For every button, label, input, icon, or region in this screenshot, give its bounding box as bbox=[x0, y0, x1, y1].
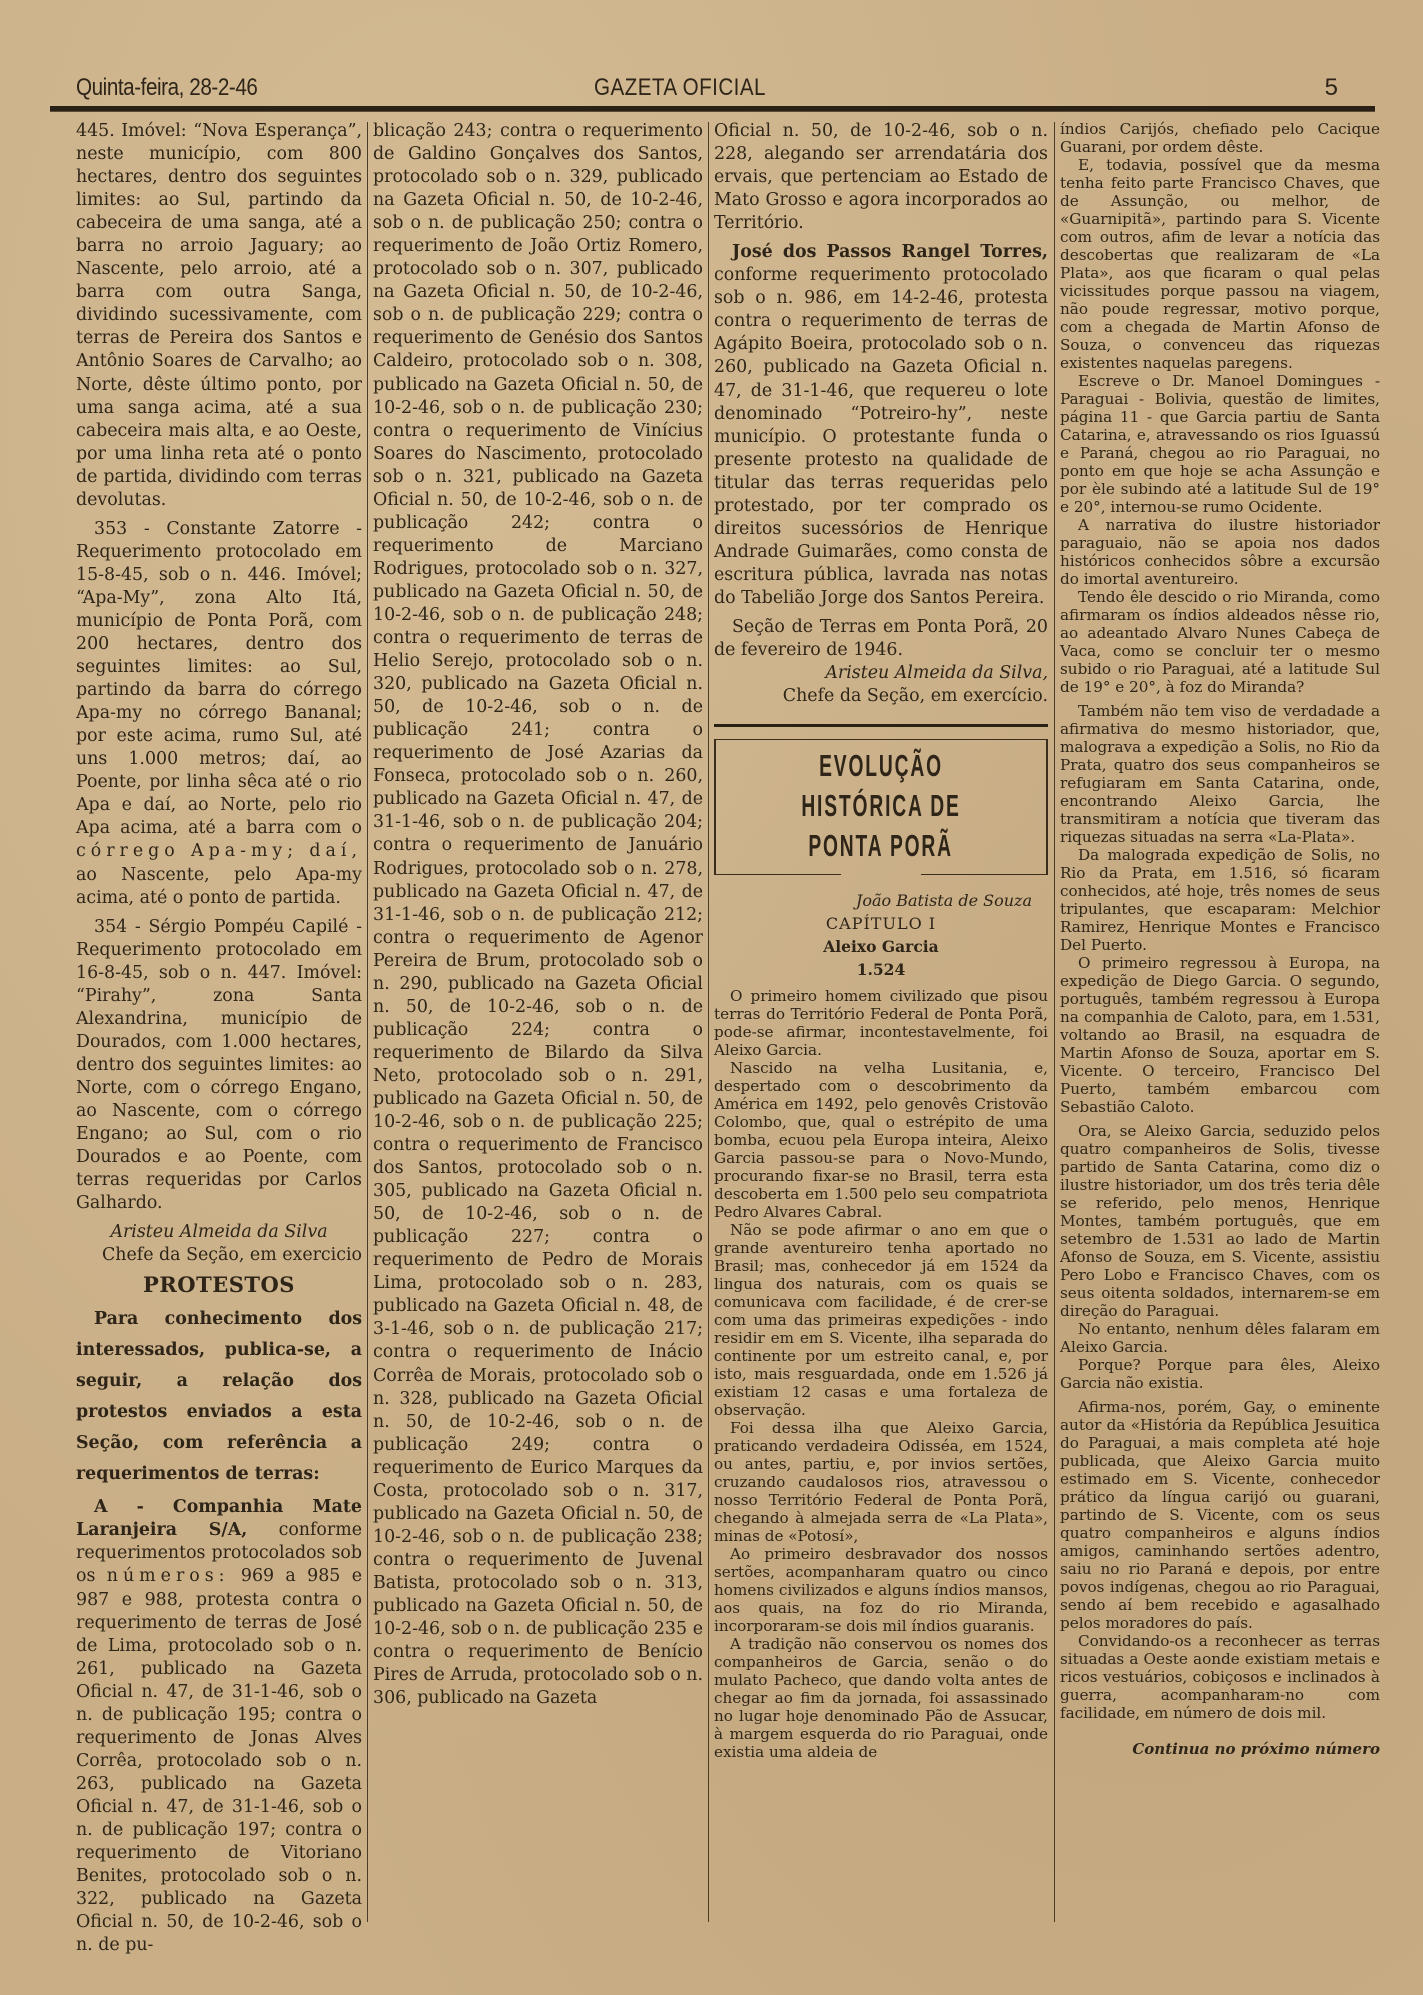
column-3: Oficial n. 50, de 10-2-46, sob o n. 228,… bbox=[714, 120, 1048, 1761]
page-number: 5 bbox=[1325, 74, 1338, 102]
article-body-part-1: O primeiro homem civilizado que pisou te… bbox=[714, 987, 1048, 1761]
article-paragraph: O primeiro homem civilizado que pisou te… bbox=[714, 987, 1048, 1059]
article-author: João Batista de Souza bbox=[714, 889, 1048, 912]
article-paragraph: Convidando-os a reconhecer as terras sit… bbox=[1060, 1632, 1380, 1722]
article-paragraph: No entanto, nenhum dêles falaram em Alei… bbox=[1060, 1320, 1380, 1356]
land-record-445: 445. Imóvel: “Nova Esperança”, neste mun… bbox=[76, 120, 362, 512]
masthead: Quinta-feira, 28-2-46 GAZETA OFICIAL 5 bbox=[76, 74, 1338, 106]
protest-rangel-torres: José dos Passos Rangel Torres, conforme … bbox=[714, 241, 1048, 610]
article-paragraph: Também não tem viso de verdadade a afirm… bbox=[1060, 702, 1380, 846]
article-paragraph: Tendo êle descido o rio Miranda, como af… bbox=[1060, 588, 1380, 696]
article-paragraph: A narrativa do ilustre historiador parag… bbox=[1060, 516, 1380, 588]
article-paragraph: E, todavia, possível que da mesma tenha … bbox=[1060, 156, 1380, 372]
article-paragraph: índios Carijós, chefiado pelo Cacique Gu… bbox=[1060, 120, 1380, 156]
column-2: blicação 243; contra o requerimento de G… bbox=[373, 120, 703, 1710]
section-divider bbox=[714, 724, 1048, 727]
article-paragraph: Foi dessa ilha que Aleixo Garcia, pratic… bbox=[714, 1419, 1048, 1545]
newspaper-title: GAZETA OFICIAL bbox=[594, 74, 766, 102]
article-paragraph: Afirma-nos, porém, Gay, o eminente autor… bbox=[1060, 1398, 1380, 1632]
masthead-rule bbox=[50, 106, 1375, 112]
article-paragraph: Nascido na velha Lusitania, e, despertad… bbox=[714, 1059, 1048, 1221]
column-divider bbox=[1054, 122, 1055, 1922]
signature-title: Chefe da Seção, em exercício. bbox=[714, 685, 1048, 708]
column-1: 445. Imóvel: “Nova Esperança”, neste mun… bbox=[76, 120, 362, 1957]
protestos-intro: Para conhecimento dos interessados, publ… bbox=[76, 1304, 362, 1490]
article-paragraph: Escreve o Dr. Manoel Domingues - Paragua… bbox=[1060, 372, 1380, 516]
issue-date: Quinta-feira, 28-2-46 bbox=[76, 74, 257, 102]
column-4: índios Carijós, chefiado pelo Cacique Gu… bbox=[1060, 120, 1380, 1758]
article-paragraph: Não se pode afirmar o ano em que o grand… bbox=[714, 1221, 1048, 1419]
article-paragraph: Da malograda expedição de Solis, no Rio … bbox=[1060, 846, 1380, 954]
column-divider bbox=[367, 122, 368, 1922]
article-paragraph: A tradição não conservou os nomes dos co… bbox=[714, 1635, 1048, 1761]
article-paragraph: Porque? Porque para êles, Aleixo Garcia … bbox=[1060, 1356, 1380, 1392]
place-date: Seção de Terras em Ponta Porã, 20 de fev… bbox=[714, 616, 1048, 662]
signature-title: Chefe da Seção, em exercicio bbox=[76, 1244, 362, 1267]
protest-list-continued: blicação 243; contra o requerimento de G… bbox=[373, 120, 703, 1710]
article-paragraph: O primeiro regressou à Europa, na expedi… bbox=[1060, 954, 1380, 1116]
protest-list-end: Oficial n. 50, de 10-2-46, sob o n. 228,… bbox=[714, 120, 1048, 235]
article-subtitle: Aleixo Garcia bbox=[714, 935, 1048, 958]
article-chapter: CAPÍTULO I bbox=[714, 912, 1048, 935]
signature-name: Aristeu Almeida da Silva bbox=[76, 1221, 362, 1244]
article-headline: EVOLUÇÃO HISTÓRICA DE PONTA PORÃ bbox=[714, 739, 1048, 874]
land-record-353: 353 - Constante Zatorre - Requerimento p… bbox=[76, 518, 362, 910]
article-paragraph: Ao primeiro desbravador dos nossos sertõ… bbox=[714, 1545, 1048, 1635]
protest-mate-laranjeira: A - Companhia Mate Laranjeira S/A, confo… bbox=[76, 1496, 362, 1957]
signature-name: Aristeu Almeida da Silva, bbox=[714, 662, 1048, 685]
headline-box-bottom bbox=[714, 874, 1048, 875]
column-divider bbox=[708, 122, 709, 1922]
article-paragraph: Ora, se Aleixo Garcia, seduzido pelos qu… bbox=[1060, 1122, 1380, 1320]
section-heading-protestos: PROTESTOS bbox=[76, 1273, 362, 1296]
continued-note: Continua no próximo número bbox=[1060, 1740, 1380, 1758]
land-record-354: 354 - Sérgio Pompéu Capilé - Requeriment… bbox=[76, 916, 362, 1216]
article-year: 1.524 bbox=[714, 958, 1048, 981]
